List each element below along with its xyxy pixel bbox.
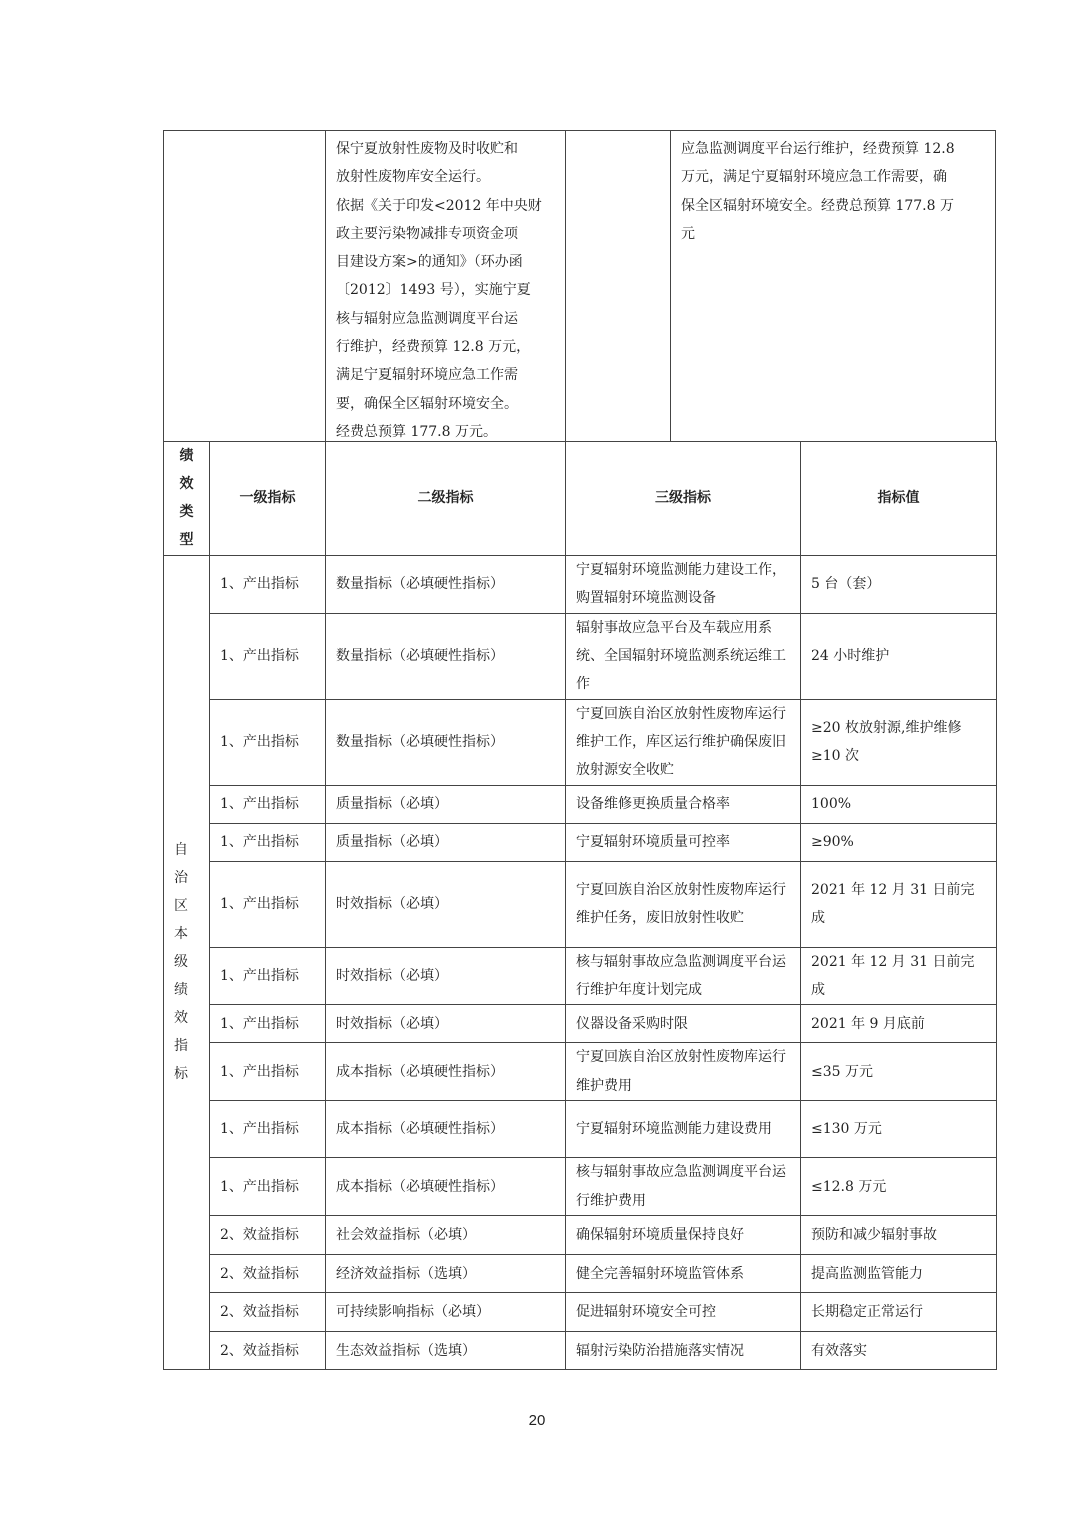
value-cell: 长期稳定正常运行 (801, 1293, 997, 1332)
table-row: 1、产出指标时效指标（必填）核与辐射事故应急监测调度平台运行维护年度计划完成20… (164, 947, 997, 1005)
value-cell: ≥90% (801, 823, 997, 861)
table-row: 1、产出指标成本指标（必填硬性指标）宁夏回族自治区放射性废物库运行维护费用≤35… (164, 1043, 997, 1101)
level3-cell: 宁夏辐射环境监测能力建设工作，购置辐射环境监测设备 (566, 556, 801, 614)
value-cell: 有效落实 (801, 1332, 997, 1370)
table-row: 1、产出指标成本指标（必填硬性指标）核与辐射事故应急监测调度平台运行维护费用≤1… (164, 1158, 997, 1216)
level3-cell: 宁夏辐射环境质量可控率 (566, 823, 801, 861)
level2-cell: 经济效益指标（选填） (326, 1255, 566, 1293)
value-cell: ≤130 万元 (801, 1101, 997, 1158)
table-row: 1、产出指标时效指标（必填）宁夏回族自治区放射性废物库运行维护任务，废旧放射性收… (164, 861, 997, 947)
top-gap-cell (565, 130, 671, 442)
value-cell: 提高监测监管能力 (801, 1255, 997, 1293)
level1-cell: 1、产出指标 (210, 1101, 326, 1158)
level1-cell: 1、产出指标 (210, 613, 326, 699)
level3-cell: 宁夏回族自治区放射性废物库运行维护费用 (566, 1043, 801, 1101)
page-number: 20 (0, 1412, 1074, 1429)
table-row: 2、效益指标社会效益指标（必填）确保辐射环境质量保持良好预防和减少辐射事故 (164, 1216, 997, 1255)
table-row: 1、产出指标成本指标（必填硬性指标）宁夏辐射环境监测能力建设费用≤130 万元 (164, 1101, 997, 1158)
text-line: 保全区辐射环境安全。经费总预算 177.8 万 (681, 192, 987, 220)
level2-cell: 成本指标（必填硬性指标） (326, 1101, 566, 1158)
table-row: 自治区本级绩效指标1、产出指标数量指标（必填硬性指标）宁夏辐射环境监测能力建设工… (164, 556, 997, 614)
text-line: 核与辐射应急监测调度平台运 (336, 305, 557, 333)
table-row: 1、产出指标质量指标（必填）设备维修更换质量合格率100% (164, 785, 997, 823)
text-line: 目建设方案>的通知》（环办函 (336, 248, 557, 276)
table-row: 1、产出指标质量指标（必填）宁夏辐射环境质量可控率≥90% (164, 823, 997, 861)
level3-cell: 宁夏回族自治区放射性废物库运行维护任务，废旧放射性收贮 (566, 861, 801, 947)
level2-cell: 时效指标（必填） (326, 1005, 566, 1043)
level1-cell: 1、产出指标 (210, 947, 326, 1005)
table-row: 1、产出指标时效指标（必填）仪器设备采购时限2021 年 9 月底前 (164, 1005, 997, 1043)
level3-cell: 设备维修更换质量合格率 (566, 785, 801, 823)
text-line: 依据《关于印发<2012 年中央财 (336, 192, 557, 220)
top-middle-text: 保宁夏放射性废物及时收贮和放射性废物库安全运行。依据《关于印发<2012 年中央… (336, 135, 557, 446)
level2-cell: 社会效益指标（必填） (326, 1216, 566, 1255)
header-level2: 二级指标 (326, 442, 566, 556)
text-line: 元 (681, 220, 987, 248)
value-cell: 2021 年 9 月底前 (801, 1005, 997, 1043)
text-line: 应急监测调度平台运行维护，经费预算 12.8 (681, 135, 987, 163)
level1-cell: 2、效益指标 (210, 1216, 326, 1255)
level3-cell: 辐射事故应急平台及车载应用系统、全国辐射环境监测系统运维工作 (566, 613, 801, 699)
level3-cell: 宁夏回族自治区放射性废物库运行维护工作，库区运行维护确保废旧放射源安全收贮 (566, 699, 801, 785)
level1-cell: 2、效益指标 (210, 1332, 326, 1370)
level2-cell: 质量指标（必填） (326, 823, 566, 861)
level2-cell: 可持续影响指标（必填） (326, 1293, 566, 1332)
top-right-text: 应急监测调度平台运行维护，经费预算 12.8万元，满足宁夏辐射环境应急工作需要，… (681, 135, 987, 248)
level3-cell: 宁夏辐射环境监测能力建设费用 (566, 1101, 801, 1158)
value-cell: ≤12.8 万元 (801, 1158, 997, 1216)
text-line: 保宁夏放射性废物及时收贮和 (336, 135, 557, 163)
value-cell: 5 台（套） (801, 556, 997, 614)
level3-cell: 辐射污染防治措施落实情况 (566, 1332, 801, 1370)
header-level3: 三级指标 (566, 442, 801, 556)
text-line: 要，确保全区辐射环境安全。 (336, 390, 557, 418)
level3-cell: 促进辐射环境安全可控 (566, 1293, 801, 1332)
table-row: 2、效益指标生态效益指标（选填）辐射污染防治措施落实情况有效落实 (164, 1332, 997, 1370)
group-label-cell: 自治区本级绩效指标 (164, 556, 210, 1370)
level2-cell: 数量指标（必填硬性指标） (326, 699, 566, 785)
level2-cell: 时效指标（必填） (326, 861, 566, 947)
value-cell: 2021 年 12 月 31 日前完成 (801, 947, 997, 1005)
level3-cell: 确保辐射环境质量保持良好 (566, 1216, 801, 1255)
table-row: 2、效益指标经济效益指标（选填）健全完善辐射环境监管体系提高监测监管能力 (164, 1255, 997, 1293)
text-line: 行维护，经费预算 12.8 万元， (336, 333, 557, 361)
level2-cell: 质量指标（必填） (326, 785, 566, 823)
level2-cell: 数量指标（必填硬性指标） (326, 613, 566, 699)
level2-cell: 数量指标（必填硬性指标） (326, 556, 566, 614)
level3-cell: 健全完善辐射环境监管体系 (566, 1255, 801, 1293)
performance-indicator-table: 绩效类型 一级指标 二级指标 三级指标 指标值 自治区本级绩效指标1、产出指标数… (163, 441, 997, 1370)
level3-cell: 核与辐射事故应急监测调度平台运行维护费用 (566, 1158, 801, 1216)
level2-cell: 生态效益指标（选填） (326, 1332, 566, 1370)
level2-cell: 成本指标（必填硬性指标） (326, 1043, 566, 1101)
level3-cell: 仪器设备采购时限 (566, 1005, 801, 1043)
top-middle-text-cell: 保宁夏放射性废物及时收贮和放射性废物库安全运行。依据《关于印发<2012 年中央… (325, 130, 566, 442)
text-line: 政主要污染物减排专项资金项 (336, 220, 557, 248)
level2-cell: 成本指标（必填硬性指标） (326, 1158, 566, 1216)
value-cell: ≥20 枚放射源,维护维修≥10 次 (801, 699, 997, 785)
level1-cell: 1、产出指标 (210, 1043, 326, 1101)
table-row: 1、产出指标数量指标（必填硬性指标）辐射事故应急平台及车载应用系统、全国辐射环境… (164, 613, 997, 699)
value-cell: 24 小时维护 (801, 613, 997, 699)
text-line: 放射性废物库安全运行。 (336, 163, 557, 191)
value-cell: 100% (801, 785, 997, 823)
level1-cell: 1、产出指标 (210, 785, 326, 823)
level1-cell: 1、产出指标 (210, 1005, 326, 1043)
level1-cell: 1、产出指标 (210, 699, 326, 785)
text-line: 〔2012〕1493 号），实施宁夏 (336, 276, 557, 304)
level3-cell: 核与辐射事故应急监测调度平台运行维护年度计划完成 (566, 947, 801, 1005)
value-cell: 预防和减少辐射事故 (801, 1216, 997, 1255)
header-level1: 一级指标 (210, 442, 326, 556)
level1-cell: 1、产出指标 (210, 1158, 326, 1216)
value-cell: ≤35 万元 (801, 1043, 997, 1101)
level1-cell: 2、效益指标 (210, 1255, 326, 1293)
top-right-text-cell: 应急监测调度平台运行维护，经费预算 12.8万元，满足宁夏辐射环境应急工作需要，… (670, 130, 996, 442)
level1-cell: 1、产出指标 (210, 556, 326, 614)
value-cell: 2021 年 12 月 31 日前完成 (801, 861, 997, 947)
top-left-empty-cell (163, 130, 326, 442)
table-header-row: 绩效类型 一级指标 二级指标 三级指标 指标值 (164, 442, 997, 556)
text-line: 万元，满足宁夏辐射环境应急工作需要，确 (681, 163, 987, 191)
table-row: 2、效益指标可持续影响指标（必填）促进辐射环境安全可控长期稳定正常运行 (164, 1293, 997, 1332)
level1-cell: 1、产出指标 (210, 823, 326, 861)
table-row: 1、产出指标数量指标（必填硬性指标）宁夏回族自治区放射性废物库运行维护工作，库区… (164, 699, 997, 785)
header-performance-type: 绩效类型 (164, 442, 210, 556)
text-line: 满足宁夏辐射环境应急工作需 (336, 361, 557, 389)
level1-cell: 2、效益指标 (210, 1293, 326, 1332)
level1-cell: 1、产出指标 (210, 861, 326, 947)
header-value: 指标值 (801, 442, 997, 556)
level2-cell: 时效指标（必填） (326, 947, 566, 1005)
